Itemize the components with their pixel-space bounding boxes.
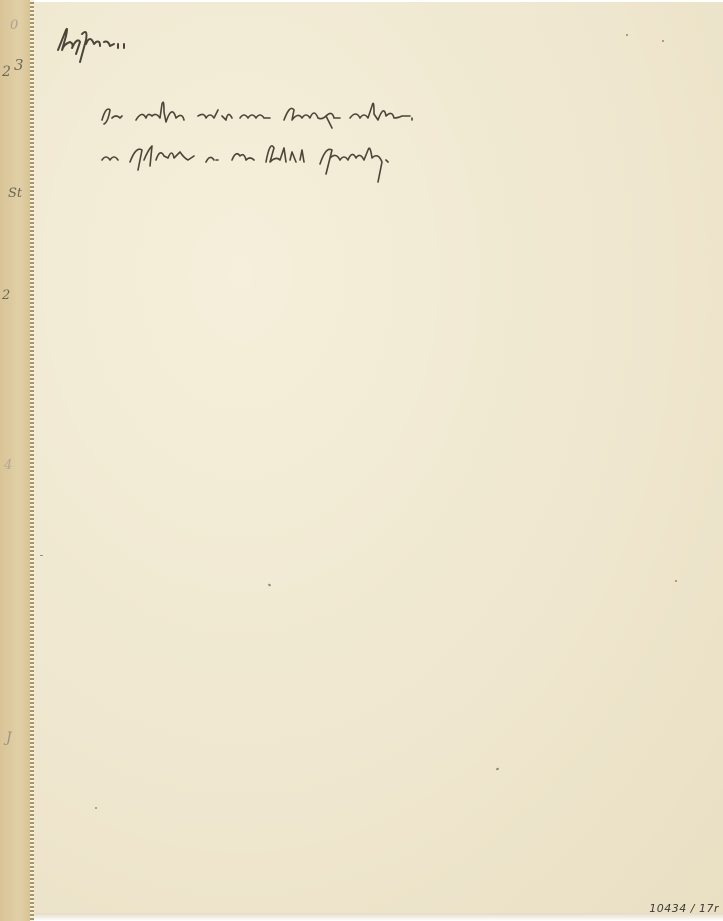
margin-mark: 3: [14, 56, 24, 74]
catalog-number: 10434 / 17r: [649, 902, 719, 915]
margin-mark: 2: [2, 288, 10, 303]
margin-mark: 0: [10, 18, 18, 33]
paper-speck: [95, 807, 97, 809]
page-bottom-edge: [34, 913, 723, 921]
text-line-1: Der Aufsatz wird dem Verleger angeschaff…: [100, 108, 411, 124]
paper-speck: [40, 555, 43, 556]
text-line-2: So gestattet es der Blatt handschriftlic…: [100, 150, 389, 166]
manuscript-page: [34, 2, 723, 915]
margin-mark: 2: [2, 64, 11, 80]
margin-mark: J: [6, 730, 12, 746]
paper-speck: [626, 34, 628, 36]
paper-speck: [662, 40, 664, 42]
margin-mark: St: [8, 186, 22, 201]
margin-mark: 4: [4, 458, 12, 473]
paper-speck: [675, 580, 677, 582]
page-heading: Lufthaft: [56, 28, 113, 44]
